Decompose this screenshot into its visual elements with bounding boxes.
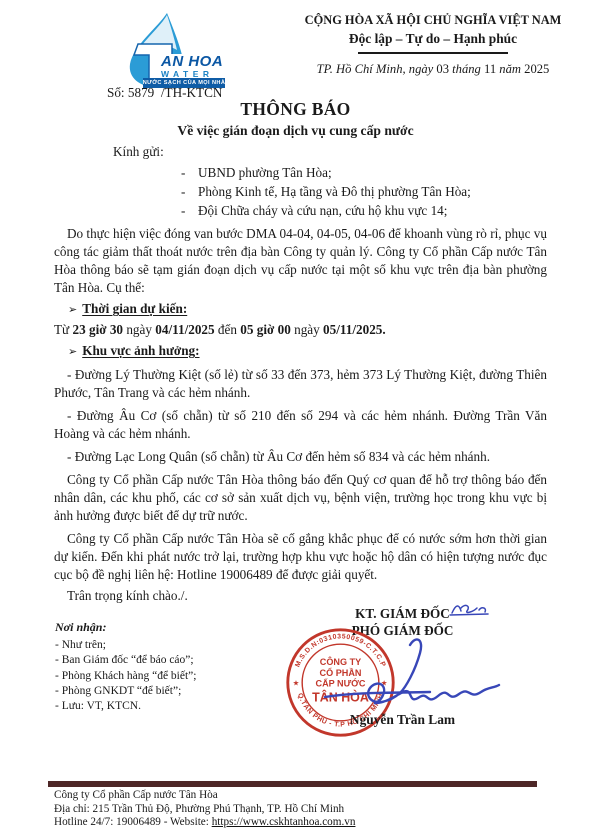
footer-divider-bar — [48, 781, 537, 787]
dash-bullet: - — [181, 182, 198, 201]
dash-bullet: - — [181, 163, 198, 182]
recipient-text: Phòng Kinh tế, Hạ tầng và Đô thị phường … — [198, 184, 471, 199]
motto-divider — [358, 52, 508, 54]
logo-name-text: AN HOA — [161, 54, 223, 69]
document-body: Kính gửi: -UBND phường Tân Hòa; -Phòng K… — [54, 143, 547, 605]
document-title: THÔNG BÁO — [0, 99, 591, 120]
dash-bullet: - — [181, 201, 198, 220]
footer-hotline: Hotline 24/7: 19006489 - Website: — [54, 816, 212, 828]
signer-name: Nguyễn Trần Lam — [330, 712, 475, 728]
affected-area-item: - Đường Âu Cơ (số chẵn) từ số 210 đến số… — [54, 407, 547, 443]
arrow-bullet-icon: ➢ — [68, 345, 77, 358]
title-block: THÔNG BÁO Về việc gián đoạn dịch vụ cung… — [0, 99, 591, 139]
start-date: 04/11/2025 — [155, 322, 214, 337]
arrow-bullet-icon: ➢ — [68, 303, 77, 316]
recipient-text: UBND phường Tân Hòa; — [198, 165, 332, 180]
date-day: 03 — [436, 62, 449, 76]
end-date: 05/11/2025. — [323, 322, 386, 337]
start-time: 23 giờ 30 — [73, 322, 124, 337]
initials-scribble — [448, 601, 492, 617]
distribution-item: - Như trên; — [55, 638, 196, 653]
affected-area-item: - Đường Lạc Long Quân (số chẵn) từ Âu Cơ… — [54, 448, 547, 466]
date-year: 2025 — [524, 62, 549, 76]
end-time: 05 giờ 00 — [240, 322, 291, 337]
distribution-item: - Phòng GNKDT “để biết”; — [55, 684, 196, 699]
national-header: CỘNG HÒA XÃ HỘI CHỦ NGHĨA VIỆT NAM Độc l… — [300, 13, 566, 77]
document-page: AN HOA WATER NƯỚC SẠCH CỦA MỌI NHÀ Số: 5… — [0, 0, 591, 835]
notice-paragraph: Công ty Cổ phần Cấp nước Tân Hòa thông b… — [54, 471, 547, 525]
recipient-item: -Phòng Kinh tế, Hạ tầng và Đô thị phường… — [181, 182, 547, 201]
date-month: 11 — [484, 62, 496, 76]
footer-website-link[interactable]: https://www.cskhtanhoa.com.vn — [212, 816, 356, 828]
recipient-text: Đội Chữa cháy và cứu nạn, cứu hộ khu vực… — [198, 203, 447, 218]
distribution-item: - Phòng Khách hàng “để biết”; — [55, 669, 196, 684]
recipient-item: -Đội Chữa cháy và cứu nạn, cứu hộ khu vự… — [181, 201, 547, 220]
intro-paragraph: Do thực hiện việc đóng van bước DMA 04-0… — [54, 225, 547, 297]
footer-address: Địa chỉ: 215 Trần Thủ Độ, Phường Phú Thạ… — [54, 803, 355, 817]
recipient-item: -UBND phường Tân Hòa; — [181, 163, 547, 182]
stamp-star-left: ★ — [293, 678, 300, 687]
salutation: Kính gửi: — [113, 143, 547, 163]
distribution-label: Nơi nhận: — [55, 620, 106, 635]
handwritten-signature — [322, 635, 507, 720]
distribution-list: - Như trên; - Ban Giám đốc “để báo cáo”;… — [55, 638, 196, 714]
footer-contact: Hotline 24/7: 19006489 - Website: https:… — [54, 816, 355, 830]
resolution-paragraph: Công ty Cổ phần Cấp nước Tân Hòa sẽ cố g… — [54, 530, 547, 584]
logo-wordmark: AN HOA WATER — [159, 54, 225, 79]
time-range-line: Từ 23 giờ 30 ngày 04/11/2025 đến 05 giờ … — [54, 321, 547, 339]
footer: Công ty Cổ phần Cấp nước Tân Hòa Địa chỉ… — [54, 789, 355, 830]
national-motto-line1: CỘNG HÒA XÃ HỘI CHỦ NGHĨA VIỆT NAM — [300, 13, 566, 28]
time-section-heading: ➢Thời gian dự kiến: — [68, 300, 547, 319]
area-section-heading: ➢Khu vực ảnh hưởng: — [68, 342, 547, 361]
distribution-item: - Ban Giám đốc “để báo cáo”; — [55, 653, 196, 668]
footer-company: Công ty Cổ phần Cấp nước Tân Hòa — [54, 789, 355, 803]
place-date-line: TP. Hồ Chí Minh, ngày 03 tháng 11 năm 20… — [300, 62, 566, 77]
distribution-item: - Lưu: VT, KTCN. — [55, 699, 196, 714]
affected-area-item: - Đường Lý Thường Kiệt (số lẻ) từ số 33 … — [54, 366, 547, 402]
document-subtitle: Về việc gián đoạn dịch vụ cung cấp nước — [0, 123, 591, 139]
signature-section: Nơi nhận: - Như trên; - Ban Giám đốc “để… — [0, 598, 591, 758]
national-motto-line2: Độc lập – Tự do – Hạnh phúc — [300, 31, 566, 47]
